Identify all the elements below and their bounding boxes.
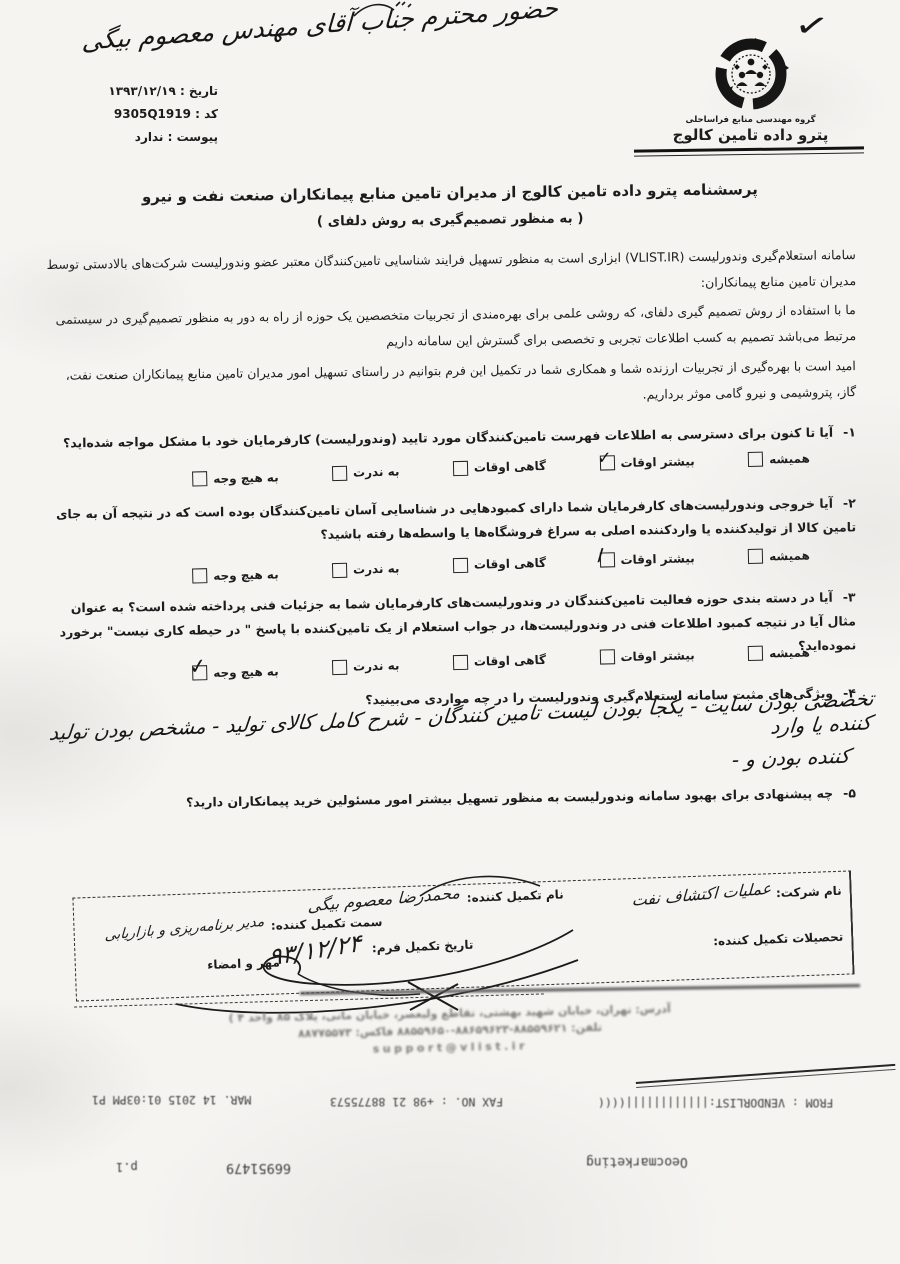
question-2-number: ۲-	[843, 495, 856, 510]
checkbox-most-times[interactable]: ∕	[599, 552, 614, 567]
option-most-times: بیشتر اوقات∕	[599, 544, 695, 573]
option-label: بیشتر اوقات	[620, 454, 694, 470]
option-most-times: بیشتر اوقات✓	[599, 447, 695, 476]
checkbox-always[interactable]	[748, 452, 763, 467]
fax-number-stamp: FAX NO. : +98 21 88775573	[330, 1095, 503, 1109]
option-label: همیشه	[769, 548, 810, 563]
intro-paragraph-3: امید است با بهره‌گیری از تجربیات ارزنده …	[46, 353, 857, 415]
option-always: همیشه	[748, 638, 810, 667]
question-2-options: همیشه بیشتر اوقات∕ گاهی اوقات به ندرت به…	[192, 541, 810, 583]
company-handwritten-value: عملیات اکتشاف نفت	[632, 878, 772, 909]
handwriting-flourish-icon	[415, 870, 545, 900]
fax-datetime-stamp: MAR. 14 2015 01:03PM P1	[92, 1093, 251, 1107]
option-label: به ندرت	[353, 561, 400, 576]
header-rule	[634, 146, 864, 156]
question-3-number: ۳-	[843, 589, 856, 604]
question-1-number: ۱-	[843, 424, 856, 439]
logo-emblem-icon	[711, 34, 791, 114]
check-mark: ∕	[597, 545, 604, 565]
checkbox-most-times[interactable]	[599, 649, 614, 664]
option-sometimes: گاهی اوقات	[453, 648, 547, 674]
logo-subtitle: گروه مهندسی منابع فراساحلی	[648, 115, 853, 125]
option-never: به هیچ وجه✓	[192, 663, 279, 680]
document-meta: تاریخ : ۱۳۹۳/۱۲/۱۹ کد : 9305Q1919 پیوست …	[68, 84, 218, 153]
checkbox-rarely[interactable]	[332, 465, 347, 480]
option-label: گاهی اوقات	[474, 653, 546, 669]
checkbox-sometimes[interactable]	[453, 557, 468, 572]
option-label: به هیچ وجه	[213, 567, 279, 583]
checkbox-rarely[interactable]	[332, 562, 347, 577]
option-label: گاهی اوقات	[474, 556, 546, 572]
option-label: بیشتر اوقات	[620, 551, 694, 567]
option-label: بیشتر اوقات	[620, 648, 694, 664]
checkbox-most-times[interactable]: ✓	[599, 455, 614, 470]
option-never: به هیچ وجه	[192, 566, 279, 583]
question-2-text: آیا خروجی وندورلیست‌های کارفرمایان شما د…	[56, 496, 856, 542]
checkbox-rarely[interactable]	[332, 659, 347, 674]
option-always: همیشه	[748, 541, 810, 570]
option-sometimes: گاهی اوقات	[453, 551, 547, 577]
option-label: همیشه	[769, 645, 810, 660]
fax-from-stamp: FROM : VENDORLIST:||||||||||||((((	[598, 1096, 833, 1110]
meta-attachment: پیوست : ندارد	[68, 130, 218, 144]
form-title-block: پرسشنامه پترو داده تامین کالوج از مدیران…	[110, 180, 790, 232]
education-field: تحصیلات تکمیل کننده:	[713, 930, 844, 949]
logo-title: پترو داده تامین کالوج	[648, 126, 853, 144]
option-label: گاهی اوقات	[474, 459, 546, 475]
handwritten-recipient-note: حضور محترم جناب آقای مهندس معصوم بیگی	[55, 0, 585, 58]
checkbox-sometimes[interactable]	[453, 460, 468, 475]
checkbox-always[interactable]	[748, 646, 763, 661]
question-2: ۲-آیا خروجی وندورلیست‌های کارفرمایان شما…	[46, 491, 857, 550]
question-5-text: چه پیشنهادی برای بهبود سامانه وندورلیست …	[186, 786, 833, 810]
option-never: به هیچ وجه	[192, 469, 279, 486]
option-most-times: بیشتر اوقات	[599, 641, 695, 670]
company-field: نام شرکت: عملیات اکتشاف نفت	[632, 880, 842, 906]
meta-code: کد : 9305Q1919	[68, 107, 218, 121]
checkbox-never[interactable]	[192, 568, 207, 583]
question-5-number: ۵-	[843, 785, 856, 800]
company-label: نام شرکت:	[776, 884, 842, 900]
option-rarely: به ندرت	[332, 655, 400, 677]
option-rarely: به ندرت	[332, 558, 400, 580]
intro-paragraph-2: ما با استفاده از روش تصمیم گیری دلفای، ک…	[46, 297, 857, 359]
fax-code-stamp: 66951479	[226, 1160, 291, 1176]
fax-brand-stamp: Oeocmarketing	[586, 1154, 688, 1169]
handwritten-answer-line-2: کننده بودن و -	[599, 744, 851, 777]
option-label: به ندرت	[353, 658, 400, 673]
handwriting-flourish-icon	[350, 0, 420, 20]
option-always: همیشه	[748, 444, 810, 473]
option-label: به ندرت	[353, 464, 400, 479]
option-label: همیشه	[769, 451, 810, 466]
question-5: ۵-چه پیشنهادی برای بهبود سامانه وندورلیس…	[46, 781, 856, 816]
checkbox-sometimes[interactable]	[453, 654, 468, 669]
form-subtitle: ( به منظور تصمیم‌گیری به روش دلفای )	[110, 208, 790, 232]
checkbox-never[interactable]: ✓	[192, 665, 207, 680]
education-label: تحصیلات تکمیل کننده:	[713, 930, 844, 949]
meta-date: تاریخ : ۱۳۹۳/۱۲/۱۹	[68, 84, 218, 98]
fax-diagonal-line	[636, 1064, 896, 1088]
checkbox-always[interactable]	[748, 549, 763, 564]
option-sometimes: گاهی اوقات	[453, 454, 547, 480]
scanned-fax-document: حضور محترم جناب آقای مهندس معصوم بیگی ✓ …	[0, 0, 900, 1264]
form-title: پرسشنامه پترو داده تامین کالوج از مدیران…	[110, 180, 790, 206]
option-rarely: به ندرت	[332, 461, 400, 483]
option-label: به هیچ وجه	[213, 664, 279, 680]
check-mark: ✓	[188, 653, 209, 679]
option-label: به هیچ وجه	[213, 470, 279, 486]
company-logo: گروه مهندسی منابع فراساحلی پترو داده تام…	[648, 34, 853, 155]
intro-paragraph-1: سامانه استعلام‌گیری وندورلیست (VLIST.IR)…	[46, 242, 857, 304]
checkbox-never[interactable]	[192, 471, 207, 486]
check-mark: ✓	[597, 448, 612, 468]
fax-page-stamp: p.1	[116, 1160, 138, 1174]
